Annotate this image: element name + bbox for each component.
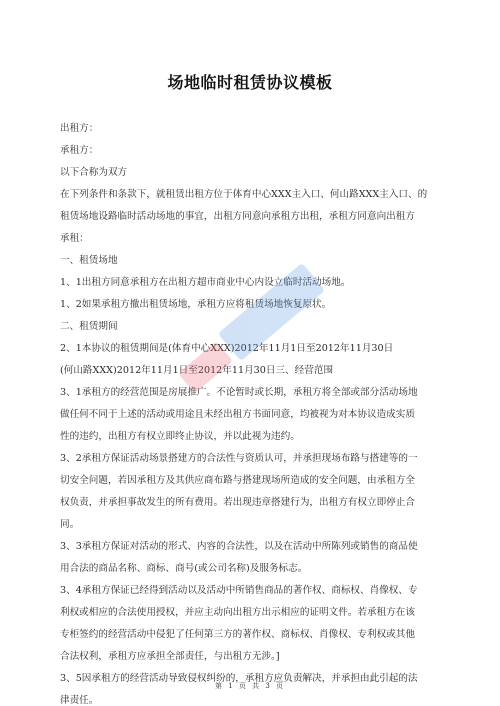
clause-3-4-line-4: 合法权利，承租方应承担全部责任，与出租方无涉。] (60, 646, 438, 668)
clause-2-1-line-2: (何山路XXX)2012年11月1日至2012年11月30日三、经营范围 (60, 360, 438, 382)
parties-line: 以下合称为双方 (60, 162, 438, 184)
clause-3-5-line-2: 律责任。 (60, 690, 438, 706)
clause-1-2: 1、2如果承租方撤出租赁场地，承租方应将租赁场地恢复原状。 (60, 294, 438, 316)
clause-3-1-line-2: 做任何不同于上述的活动或用途且未经出租方书面同意，均被视为对本协议造成实质 (60, 404, 438, 426)
clause-3-1-line-3: 性的违约，出租方有权立即终止协议，并以此视为违约。 (60, 426, 438, 448)
preamble-line-1: 在下列条件和条款下，就租赁出租方位于体育中心XXX主入口、何山路XXX主入口、的 (60, 184, 438, 206)
lessee-line: 承租方： (60, 140, 438, 162)
clause-3-1-line-1: 3、1承租方的经营范围是房展推广。不论暂时或长期，承租方将全部或部分活动场地 (60, 382, 438, 404)
document-title: 场地临时租赁协议模板 (0, 70, 500, 93)
clause-3-4-line-2: 利权或相应的合法使用授权，并应主动向出租方出示相应的证明文件。若承租方在该 (60, 602, 438, 624)
lessor-line: 出租方： (60, 118, 438, 140)
clause-1-1: 1、1出租方同意承租方在出租方超市商业中心内设立临时活动场地。 (60, 272, 438, 294)
page-number-footer: 第 1 页 共 3 页 (0, 681, 500, 691)
preamble-line-2: 租赁场地设路临时活动场地的事宜，出租方同意向承租方出租，承租方同意向出租方 (60, 206, 438, 228)
document-body: 出租方： 承租方： 以下合称为双方 在下列条件和条款下，就租赁出租方位于体育中心… (60, 118, 438, 706)
preamble-line-3: 承租： (60, 228, 438, 250)
document-page: 场地临时租赁协议模板 出租方： 承租方： 以下合称为双方 在下列条件和条款下，就… (0, 0, 500, 706)
clause-3-2-line-4: 同。 (60, 514, 438, 536)
clause-3-2-line-2: 切安全问题，若因承租方及其供应商布路与搭建现场所造成的安全问题，由承租方全 (60, 470, 438, 492)
section-heading-1: 一、租赁场地 (60, 250, 438, 272)
clause-3-3-line-1: 3、3承租方保证对活动的形式、内容的合法性，以及在活动中所陈列或销售的商品使 (60, 536, 438, 558)
clause-3-4-line-1: 3、4承租方保证已经得到活动以及活动中所销售商品的著作权、商标权、肖像权、专 (60, 580, 438, 602)
clause-3-4-line-3: 专柜签约的经营活动中侵犯了任何第三方的著作权、商标权、肖像权、专利权或其他 (60, 624, 438, 646)
clause-3-2-line-1: 3、2承租方保证活动场景搭建方的合法性与资质认可，并承担现场布路与搭建等的一 (60, 448, 438, 470)
clause-3-2-line-3: 权负责，并承担事故发生的所有费用。若出现违章搭建行为，出租方有权立即停止合 (60, 492, 438, 514)
section-heading-2: 二、租赁期间 (60, 316, 438, 338)
clause-3-3-line-2: 用合法的商品名称、商标、商号(或公司名称)及服务标志。 (60, 558, 438, 580)
clause-2-1-line-1: 2、1本协议的租赁期间是(体育中心XXX)2012年11月1日至2012年11月… (60, 338, 438, 360)
